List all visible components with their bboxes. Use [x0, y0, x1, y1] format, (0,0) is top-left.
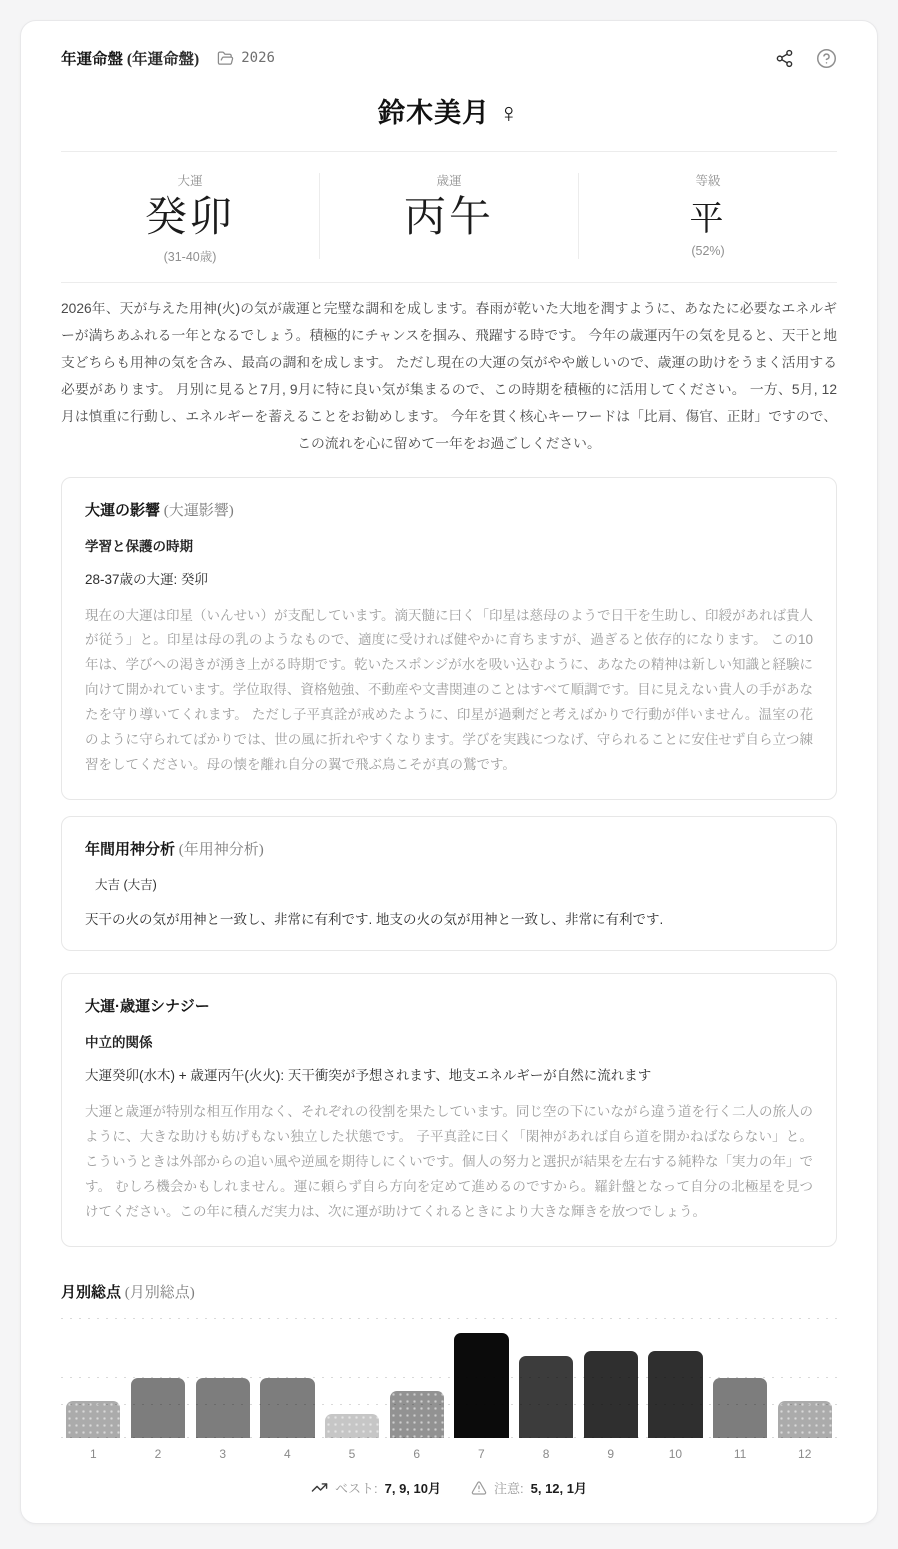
bar-month-12: [778, 1401, 832, 1438]
chart-column-11: [708, 1378, 773, 1438]
chart-column-5: [320, 1414, 385, 1438]
bar-month-7: [454, 1333, 508, 1438]
stat-daiun: 大運 癸卯 (31-40歳): [61, 167, 319, 265]
chart-labels: 123456789101112: [61, 1447, 837, 1461]
stat-daiun-value: 癸卯: [61, 195, 319, 241]
trending-up-icon: [311, 1479, 328, 1496]
bar-month-3: [196, 1378, 250, 1438]
chart-column-1: [61, 1401, 126, 1438]
bar-month-8: [519, 1356, 573, 1438]
bar-month-5: [325, 1414, 379, 1438]
chart-column-4: [255, 1378, 320, 1438]
stat-grade: 等級 平 (52%): [579, 167, 837, 265]
header-right: [775, 48, 837, 69]
card-yojin-title-alt: (年用神分析): [175, 842, 264, 858]
legend-best-label: ベスト:: [335, 1478, 378, 1497]
stat-daiun-label: 大運: [61, 171, 319, 189]
bar-month-6: [390, 1391, 444, 1438]
main-panel: 年運命盤 (年運命盤) 2026 鈴木美月 ♀: [20, 20, 878, 1524]
gender-symbol: ♀: [499, 98, 520, 128]
card-daiun-title: 大運の影響 (大運影響): [85, 499, 813, 520]
card-synergy-title: 大運·歳運シナジー: [85, 995, 813, 1016]
month-label-7: 7: [449, 1447, 514, 1461]
card-yojin-analysis: 年間用神分析 (年用神分析) 大吉 (大吉) 天干の火の気が用神と一致し、非常に…: [61, 816, 837, 951]
year-selector[interactable]: 2026: [217, 50, 275, 67]
gridline-baseline: [61, 1437, 837, 1438]
bar-month-11: [713, 1378, 767, 1438]
stat-daiun-sub: (31-40歳): [61, 247, 319, 265]
bar-month-9: [584, 1351, 638, 1438]
legend-caution: 注意: 5, 12, 1月: [471, 1478, 587, 1497]
legend-caution-label: 注意:: [494, 1478, 524, 1497]
legend-best-value: 7, 9, 10月: [385, 1478, 441, 1497]
divider: [61, 282, 837, 283]
stat-grade-label: 等級: [579, 171, 837, 189]
chart-column-6: [384, 1391, 449, 1438]
stats-row: 大運 癸卯 (31-40歳) 歳運 丙午 等級 平 (52%): [61, 152, 837, 282]
help-circle-icon: [816, 48, 837, 69]
panel-header: 年運命盤 (年運命盤) 2026: [61, 21, 837, 69]
card-daiun-body: 現在の大運は印星（いんせい）が支配しています。滴天髄に曰く「印星は慈母のようで日…: [85, 604, 813, 778]
month-label-3: 3: [190, 1447, 255, 1461]
stat-saiun-value: 丙午: [320, 195, 578, 241]
legend-caution-value: 5, 12, 1月: [531, 1478, 587, 1497]
gridline: [61, 1404, 837, 1405]
card-synergy-title-main: 大運·歳運シナジー: [85, 998, 210, 1015]
card-daiun-subtitle: 学習と保護の時期: [85, 535, 813, 555]
card-daiun-influence: 大運の影響 (大運影響) 学習と保護の時期 28-37歳の大運: 癸卯 現在の大…: [61, 477, 837, 801]
bar-month-4: [260, 1378, 314, 1438]
year-label: 2026: [241, 50, 275, 66]
help-button[interactable]: [816, 48, 837, 69]
legend-best: ベスト: 7, 9, 10月: [311, 1478, 441, 1497]
month-label-8: 8: [514, 1447, 579, 1461]
bar-month-10: [648, 1351, 702, 1438]
chart-column-3: [190, 1378, 255, 1438]
chart-column-7: [449, 1333, 514, 1438]
month-label-1: 1: [61, 1447, 126, 1461]
month-label-10: 10: [643, 1447, 708, 1461]
folder-open-icon: [217, 50, 234, 67]
card-daiun-meta: 28-37歳の大運: 癸卯: [85, 568, 813, 588]
chart-column-9: [578, 1351, 643, 1438]
gridline: [61, 1318, 837, 1319]
yearly-summary-text: 2026年、天が与えた用神(火)の気が歳運と完璧な調和を成します。春雨が乾いた大…: [61, 296, 837, 457]
card-yojin-title-main: 年間用神分析: [85, 841, 175, 858]
card-synergy-meta: 大運癸卯(水木) + 歳運丙午(火火): 天干衝突が予想されます、地支エネルギー…: [85, 1064, 813, 1084]
month-label-6: 6: [384, 1447, 449, 1461]
month-label-2: 2: [126, 1447, 191, 1461]
bar-month-2: [131, 1378, 185, 1438]
card-yojin-title: 年間用神分析 (年用神分析): [85, 838, 813, 859]
card-daiun-title-alt: (大運影響): [160, 503, 234, 519]
page-title: 年運命盤 (年運命盤): [61, 47, 199, 69]
month-label-5: 5: [320, 1447, 385, 1461]
month-label-4: 4: [255, 1447, 320, 1461]
luck-badge: 大吉 (大吉): [85, 875, 813, 893]
chart-bars: [61, 1318, 837, 1438]
card-synergy-body: 大運と歳運が特別な相互作用なく、それぞれの役割を果たしています。同じ空の下にいな…: [85, 1100, 813, 1224]
page-title-main: 年運命盤: [61, 51, 123, 68]
month-label-11: 11: [708, 1447, 773, 1461]
person-name: 鈴木美月 ♀: [61, 91, 837, 130]
card-daiun-title-main: 大運の影響: [85, 502, 160, 519]
stat-saiun: 歳運 丙午: [320, 167, 578, 265]
bar-month-1: [66, 1401, 120, 1438]
stat-grade-value: 平: [579, 195, 837, 238]
monthly-section: 月別総点 (月別総点) 123456789101112 ベスト: 7, 9, 1…: [61, 1281, 837, 1497]
chart-column-8: [514, 1356, 579, 1438]
stat-saiun-label: 歳運: [320, 171, 578, 189]
person-name-text: 鈴木美月: [378, 98, 490, 128]
chart-column-12: [772, 1401, 837, 1438]
page-title-alt: (年運命盤): [123, 51, 199, 68]
chart-legend: ベスト: 7, 9, 10月 注意: 5, 12, 1月: [61, 1478, 837, 1497]
chart-column-2: [126, 1378, 191, 1438]
monthly-title-alt: (月別総点): [121, 1285, 195, 1301]
stat-saiun-sub: [320, 247, 578, 263]
month-label-12: 12: [772, 1447, 837, 1461]
header-left: 年運命盤 (年運命盤) 2026: [61, 47, 275, 69]
card-yojin-text: 天干の火の気が用神と一致し、非常に有利です. 地支の火の気が用神と一致し、非常に…: [85, 908, 813, 928]
monthly-title-main: 月別総点: [61, 1284, 121, 1301]
share-icon: [775, 49, 794, 68]
share-button[interactable]: [775, 49, 794, 68]
card-synergy: 大運·歳運シナジー 中立的関係 大運癸卯(水木) + 歳運丙午(火火): 天干衝…: [61, 973, 837, 1247]
stat-grade-sub: (52%): [579, 244, 837, 260]
monthly-title: 月別総点 (月別総点): [61, 1281, 837, 1302]
monthly-bar-chart: [61, 1318, 837, 1438]
warning-triangle-icon: [471, 1480, 487, 1496]
gridline: [61, 1377, 837, 1378]
chart-column-10: [643, 1351, 708, 1438]
card-synergy-subtitle: 中立的関係: [85, 1031, 813, 1051]
month-label-9: 9: [578, 1447, 643, 1461]
